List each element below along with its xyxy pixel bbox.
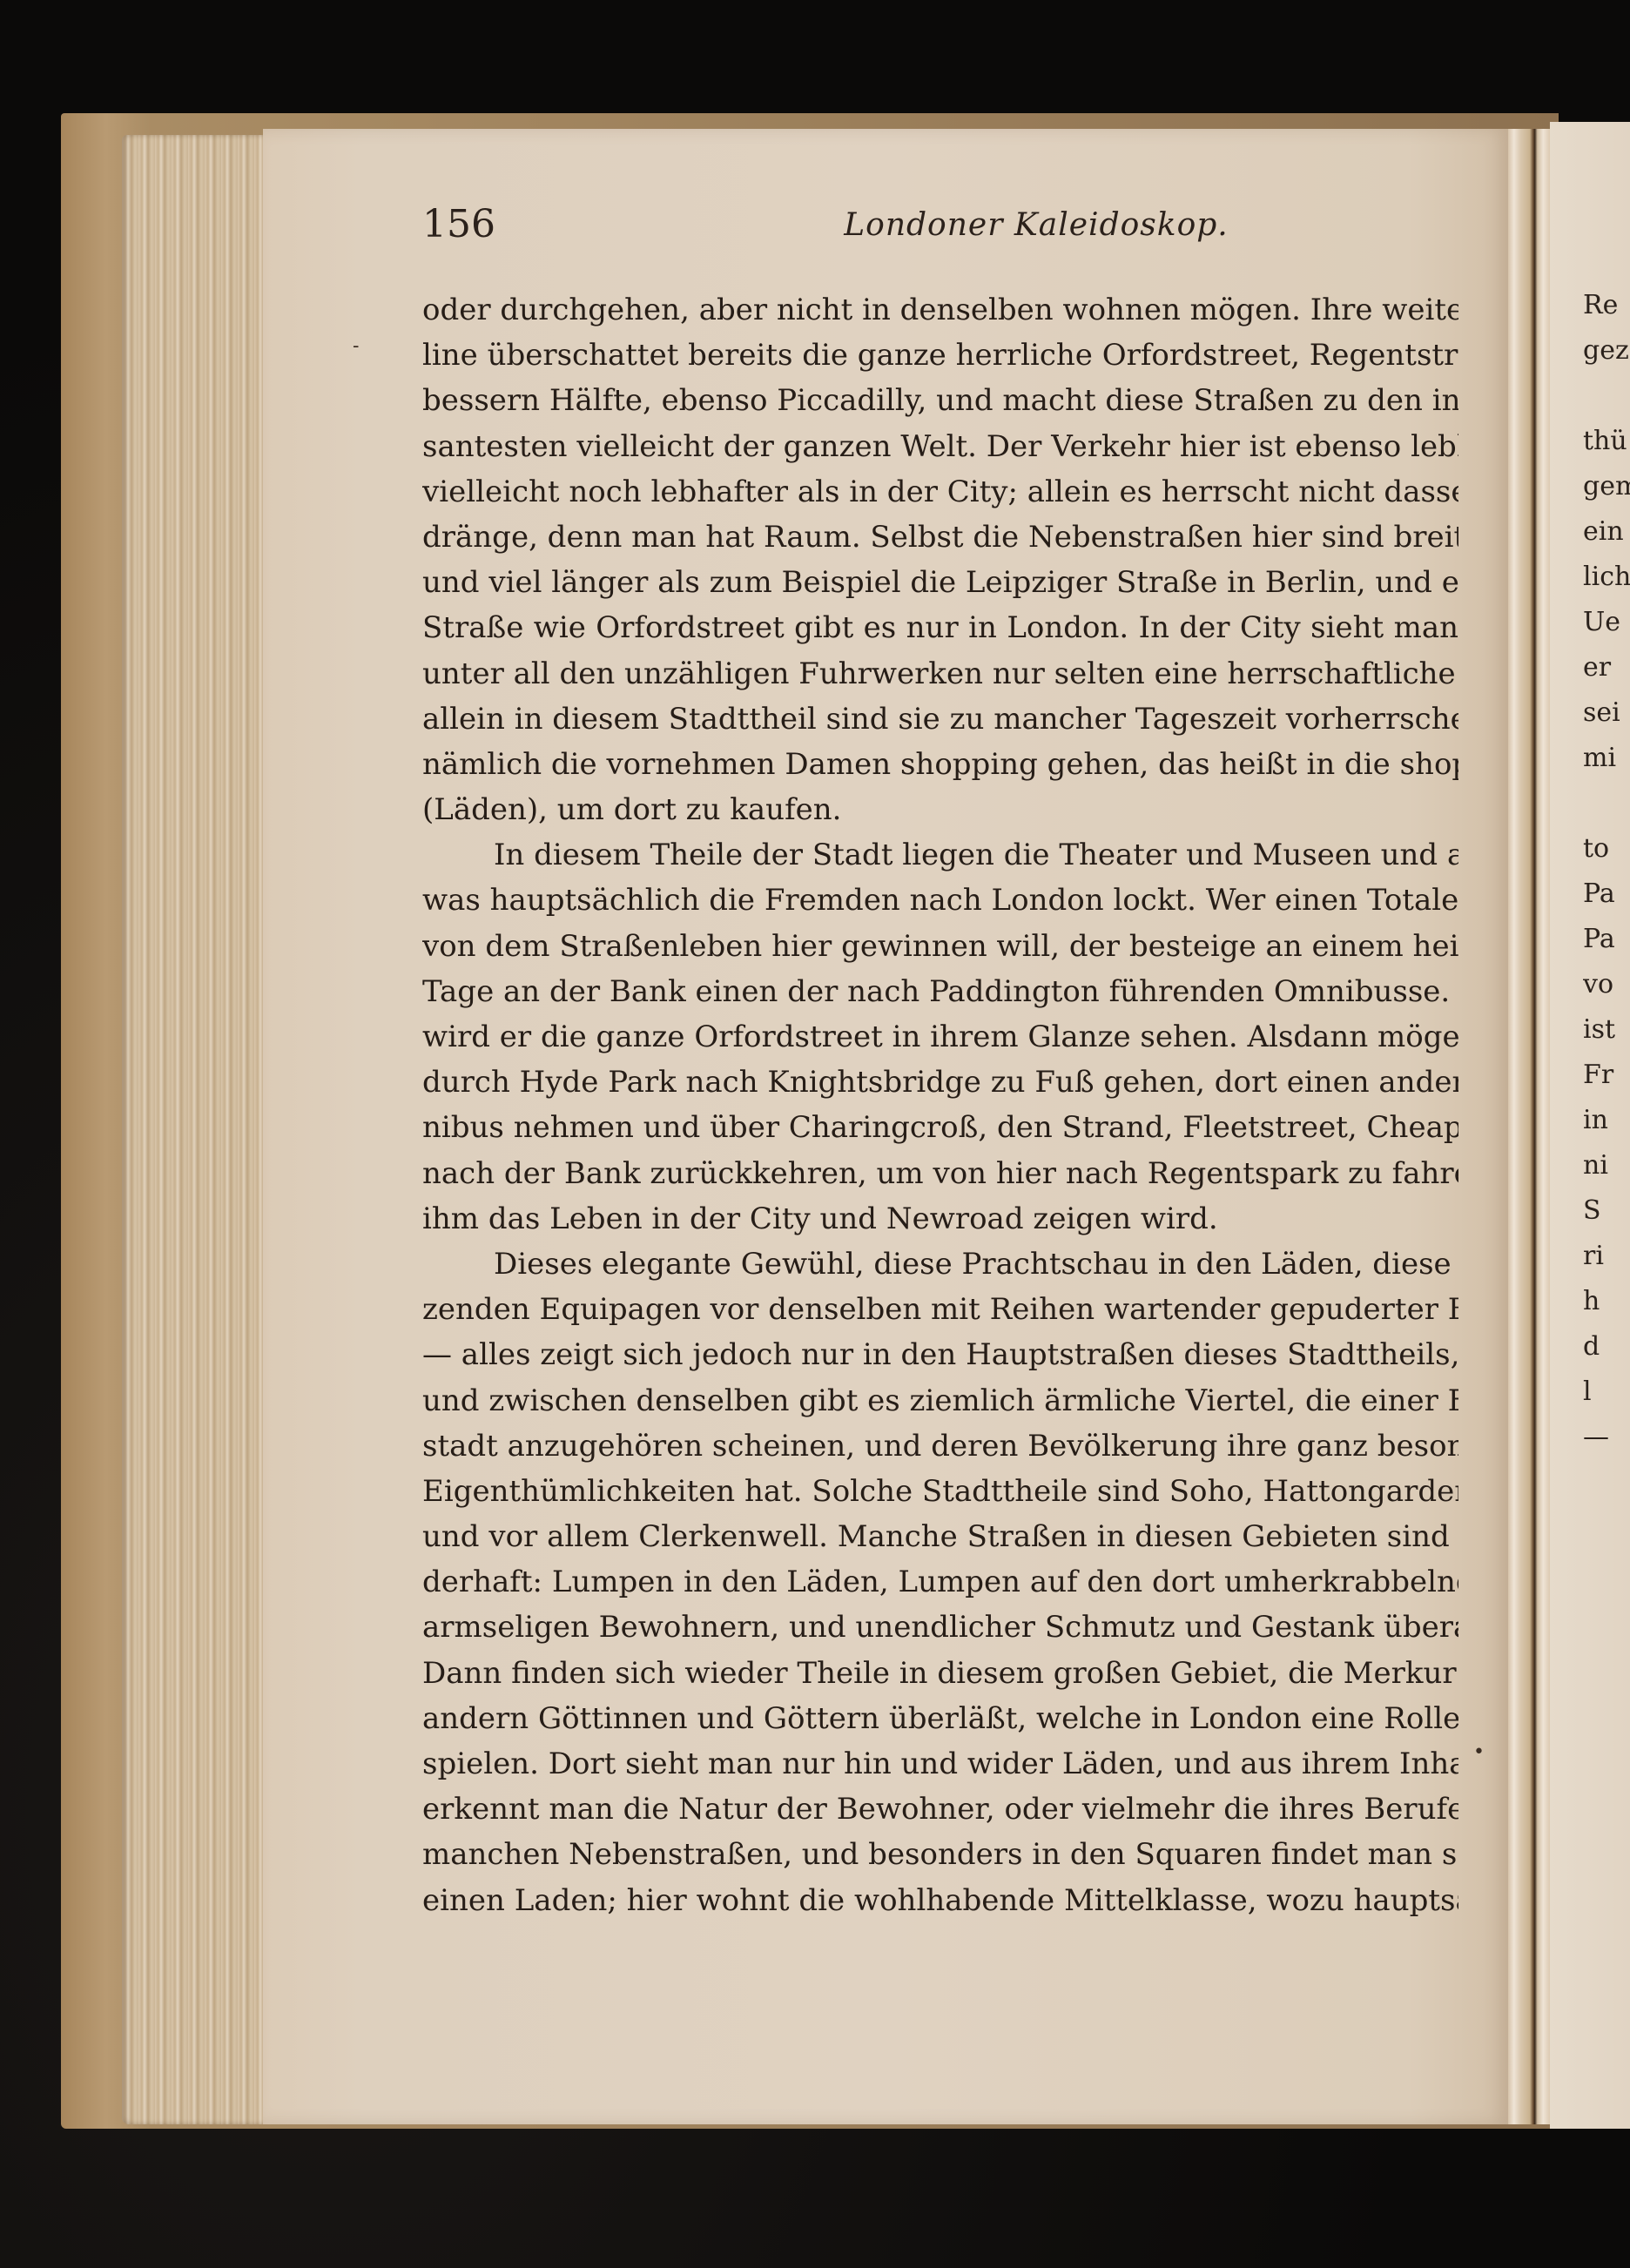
text-line: zenden Equipagen vor denselben mit Reihe… bbox=[422, 1287, 1458, 1332]
text-line: unter all den unzähligen Fuhrwerken nur … bbox=[422, 651, 1458, 697]
text-line: was hauptsächlich die Fremden nach Londo… bbox=[422, 878, 1458, 923]
text-line: manchen Nebenstraßen, und besonders in d… bbox=[422, 1832, 1458, 1877]
text-line: Tage an der Bank einen der nach Paddingt… bbox=[422, 969, 1458, 1014]
text-line: dränge, denn man hat Raum. Selbst die Ne… bbox=[422, 515, 1458, 560]
text-line: einen Laden; hier wohnt die wohlhabende … bbox=[422, 1878, 1458, 1923]
text-line: und viel länger als zum Beispiel die Lei… bbox=[422, 560, 1458, 605]
text-line: bessern Hälfte, ebenso Piccadilly, und m… bbox=[422, 378, 1458, 423]
text-line: nach der Bank zurückkehren, um von hier … bbox=[422, 1151, 1458, 1196]
text-line: andern Göttinnen und Göttern überläßt, w… bbox=[422, 1696, 1458, 1741]
text-line: line überschattet bereits die ganze herr… bbox=[422, 333, 1458, 378]
text-line: ihm das Leben in der City und Newroad ze… bbox=[422, 1196, 1458, 1242]
text-line: stadt anzugehören scheinen, und deren Be… bbox=[422, 1423, 1458, 1469]
text-line: oder durchgehen, aber nicht in denselben… bbox=[422, 287, 1458, 333]
text-line: Dann finden sich wieder Theile in diesem… bbox=[422, 1651, 1458, 1696]
text-line: Eigenthümlichkeiten hat. Solche Stadtthe… bbox=[422, 1469, 1458, 1514]
text-line: wird er die ganze Orfordstreet in ihrem … bbox=[422, 1014, 1458, 1060]
body-text: oder durchgehen, aber nicht in denselben… bbox=[422, 287, 1458, 1923]
page-edge-stack bbox=[122, 135, 266, 2124]
text-line: armseligen Bewohnern, und unendlicher Sc… bbox=[422, 1605, 1458, 1650]
margin-dot-mark: • bbox=[1473, 1741, 1485, 1763]
text-line: — alles zeigt sich jedoch nur in den Hau… bbox=[422, 1332, 1458, 1377]
running-title: Londoner Kaleidoskop. bbox=[422, 207, 1458, 243]
text-line: (Läden), um dort zu kaufen. bbox=[422, 787, 1458, 832]
text-line: und vor allem Clerkenwell. Manche Straße… bbox=[422, 1514, 1458, 1559]
running-head: 156 Londoner Kaleidoskop. bbox=[422, 202, 1458, 254]
text-line: erkennt man die Natur der Bewohner, oder… bbox=[422, 1787, 1458, 1832]
text-line: durch Hyde Park nach Knightsbridge zu Fu… bbox=[422, 1060, 1458, 1105]
book-gutter bbox=[1508, 129, 1550, 2124]
text-line: spielen. Dort sieht man nur hin und wide… bbox=[422, 1741, 1458, 1787]
text-line: Straße wie Orfordstreet gibt es nur in L… bbox=[422, 605, 1458, 650]
text-line: Dieses elegante Gewühl, diese Prachtscha… bbox=[422, 1242, 1458, 1287]
text-line: nämlich die vornehmen Damen shopping geh… bbox=[422, 742, 1458, 787]
text-line: In diesem Theile der Stadt liegen die Th… bbox=[422, 832, 1458, 878]
text-line: von dem Straßenleben hier gewinnen will,… bbox=[422, 924, 1458, 969]
text-line: nibus nehmen und über Charingcroß, den S… bbox=[422, 1105, 1458, 1150]
text-line: vielleicht noch lebhafter als in der Cit… bbox=[422, 469, 1458, 515]
text-line: allein in diesem Stadttheil sind sie zu … bbox=[422, 697, 1458, 742]
text-line: und zwischen denselben gibt es ziemlich … bbox=[422, 1378, 1458, 1423]
facing-page-fragments: Re gez thü gem ein lich Ue er sei mi to … bbox=[1583, 283, 1630, 1551]
text-line: santesten vielleicht der ganzen Welt. De… bbox=[422, 424, 1458, 469]
margin-dash-mark: - bbox=[353, 335, 359, 357]
text-line: derhaft: Lumpen in den Läden, Lumpen auf… bbox=[422, 1559, 1458, 1605]
